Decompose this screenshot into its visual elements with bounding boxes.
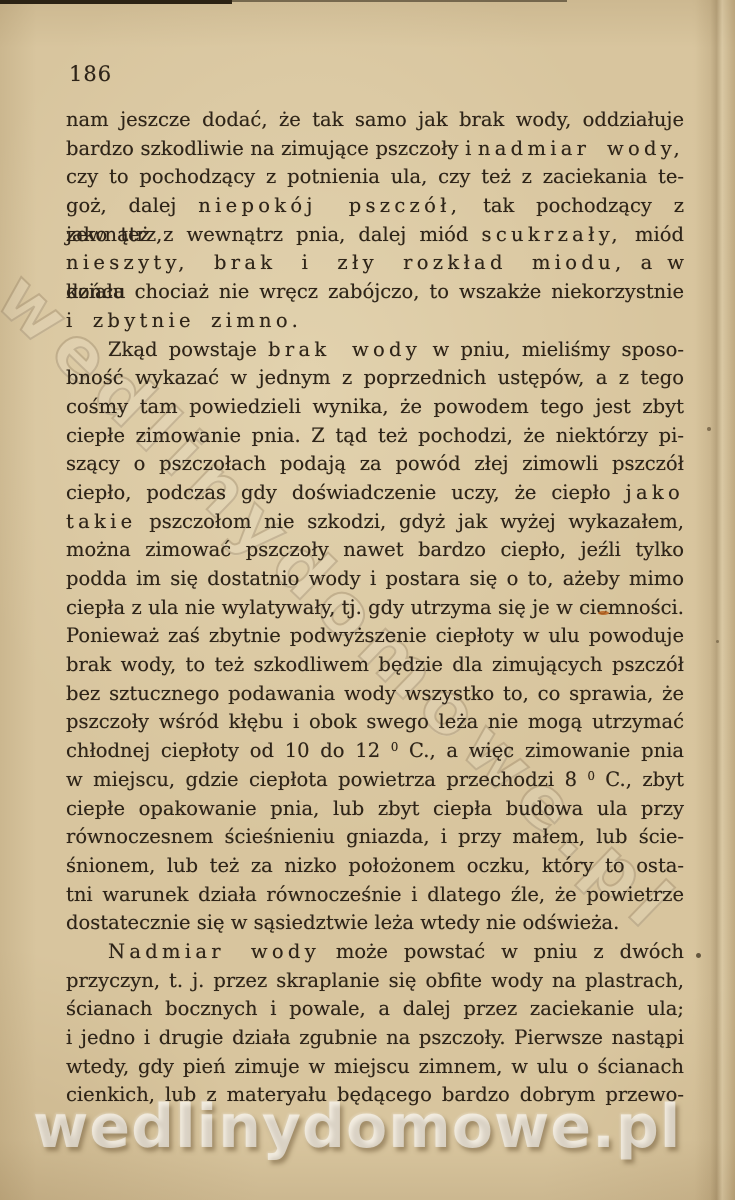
text-line: tni warunek działa równocześnie i dlateg… (66, 881, 684, 910)
page-number: 186 (69, 62, 112, 86)
text-line: i jedno i drugie działa zgubnie na pszcz… (66, 1024, 684, 1053)
text-line: Ponieważ zaś zbytnie podwyższenie ciepło… (66, 622, 684, 651)
text-line: można zimować pszczoły nawet bardzo ciep… (66, 536, 684, 565)
text-line: szący o pszczołach podają za powód złej … (66, 450, 684, 479)
text-line: nam jeszcze dodać, że tak samo jak brak … (66, 106, 684, 135)
text-line: ciepłe opakowanie pnia, lub zbyt ciepła … (66, 795, 684, 824)
text-line: i zbytnie zimno. (66, 307, 684, 336)
text-line: ciepła z ula nie wylatywały, tj. gdy utr… (66, 594, 684, 623)
text-line: Nadmiar wody może powstać w pniu z dwóch (66, 938, 684, 967)
text-line: pszczoły wśród kłębu i obok swego leża n… (66, 708, 684, 737)
paper-speck (716, 640, 719, 643)
text-line: działa chociaż nie wręcz zabójczo, to ws… (66, 278, 684, 307)
text-line: bność wykazać w jednym z poprzednich ust… (66, 364, 684, 393)
paper-speck (598, 611, 609, 615)
text-line: w miejscu, gdzie ciepłota powietrza prze… (66, 766, 684, 795)
text-line: jako też z wewnątrz pnia, dalej miód scu… (66, 221, 684, 250)
text-line: goż, dalej niepokój pszczół, tak pochodz… (66, 192, 684, 221)
bottom-watermark: wedlinydomowe.pl (33, 1092, 733, 1162)
text-line: bardzo szkodliwie na zimujące pszczoły i… (66, 135, 684, 164)
text-line: chłodnej ciepłoty od 10 do 12 0 C., a wi… (66, 737, 684, 766)
text-line: czy to pochodzący z potnienia ula, czy t… (66, 163, 684, 192)
text-line: wtedy, gdy pień zimuje w miejscu zimnem,… (66, 1053, 684, 1082)
paper-speck (707, 427, 711, 431)
text-line: ciepło, podczas gdy doświadczenie uczy, … (66, 479, 684, 508)
text-line: śnionem, lub też za nizko położonem oczk… (66, 852, 684, 881)
scanned-book-page: 186 wedlinydomowe.pl nam jeszcze dodać, … (0, 0, 735, 1200)
text-line: cośmy tam powiedzieli wynika, że powodem… (66, 393, 684, 422)
text-line: takie pszczołom nie szkodzi, gdyż jak wy… (66, 508, 684, 537)
scan-edge-artifact (0, 0, 232, 4)
text-line: dostatecznie się w sąsiedztwie leża wted… (66, 909, 684, 938)
text-line: Zkąd powstaje brak wody w pniu, mieliśmy… (66, 336, 684, 365)
text-line: równoczesnem ścieśnieniu gniazda, i przy… (66, 823, 684, 852)
text-line: bez sztucznego podawania wody wszystko t… (66, 680, 684, 709)
text-line: przyczyn, t. j. przez skraplanie się obf… (66, 967, 684, 996)
text-line: brak wody, to też szkodliwem będzie dla … (66, 651, 684, 680)
text-line: ciepłe zimowanie pnia. Z tąd też pochodz… (66, 422, 684, 451)
text-line: podda im się dostatnio wody i postara si… (66, 565, 684, 594)
text-line: nieszyty, brak i zły rozkład miodu, a w … (66, 249, 684, 278)
page-text: nam jeszcze dodać, że tak samo jak brak … (66, 106, 684, 1110)
paper-speck (696, 953, 701, 958)
page-edge-shadow (695, 0, 735, 1200)
text-line: ścianach bocznych i powale, a dalej prze… (66, 995, 684, 1024)
scan-edge-artifact-thin (232, 0, 567, 2)
